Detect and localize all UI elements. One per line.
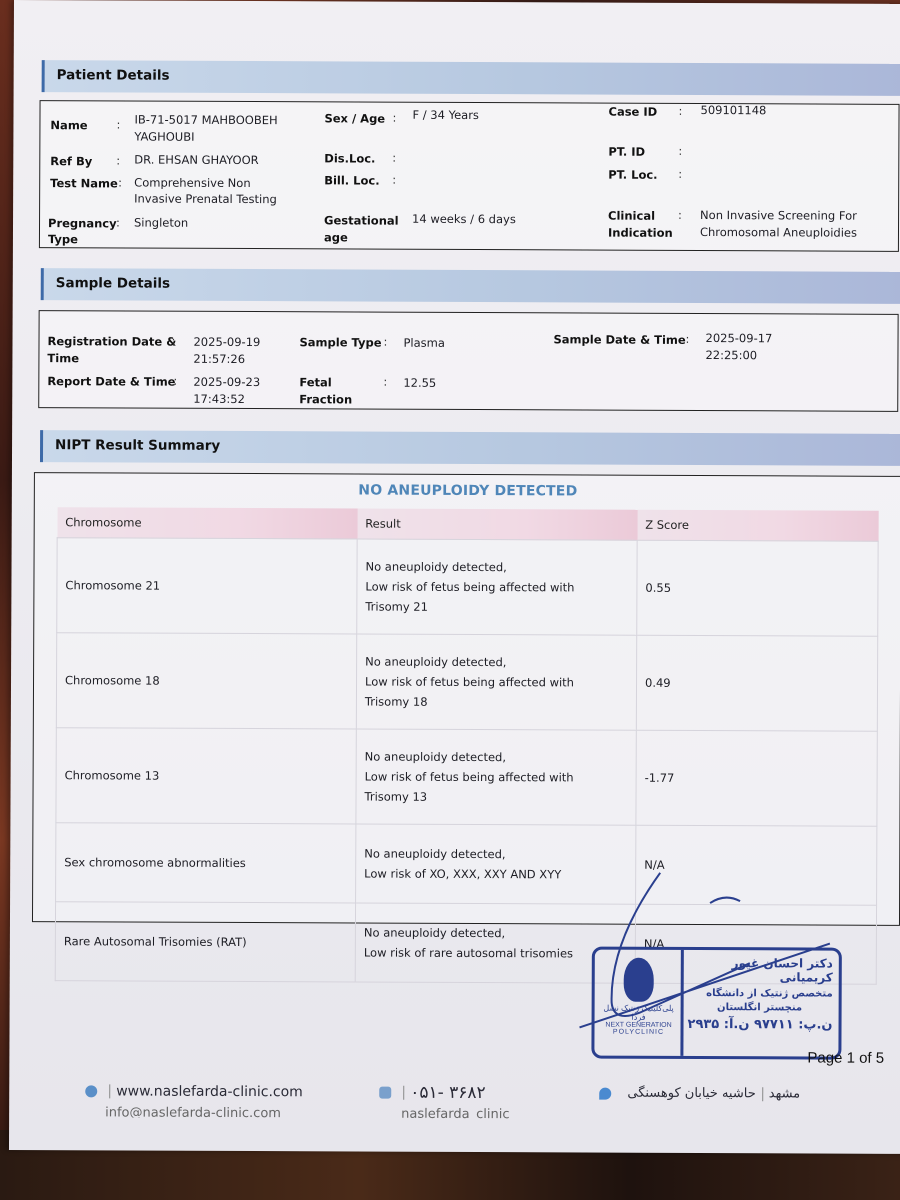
- fetal-fraction-value: 12.55: [403, 375, 436, 392]
- footer: www.naslefarda-clinic.com info@naslefard…: [69, 1075, 900, 1129]
- sample-date: 2025-09-17: [705, 330, 772, 347]
- ref-by-label: Ref By: [50, 153, 92, 170]
- column-header-chromosome: Chromosome: [57, 507, 357, 539]
- name-label: Name: [50, 117, 87, 134]
- name-value-cont: YAGHOUBI: [134, 129, 194, 146]
- nipt-summary-header: NIPT Result Summary: [40, 430, 900, 466]
- registration-date: 2025-09-19: [193, 334, 260, 351]
- clinic-logo: پلی‌کلینیک ژنتیک نسل فردا NEXT GENERATIO…: [600, 954, 676, 1050]
- case-id-label: Case ID: [608, 104, 657, 121]
- chromosome-cell: Chromosome 21: [57, 538, 357, 634]
- clinic-logo-icon: [624, 958, 654, 1002]
- gestational-age-label: Gestational: [324, 212, 399, 229]
- pt-id-label: PT. ID: [608, 144, 645, 161]
- section-title: Sample Details: [56, 275, 170, 291]
- footer-phone: ۰۵۱- ۳۶۸۲: [379, 1083, 486, 1103]
- table-header-row: Chromosome Result Z Score: [57, 507, 878, 541]
- section-title: Patient Details: [57, 67, 170, 83]
- patient-details-box: Name : IB-71-5017 MAHBOOBEH YAGHOUBI Ref…: [39, 100, 900, 252]
- result-cell: No aneuploidy detected,Low risk of fetus…: [356, 634, 636, 730]
- sample-type-value: Plasma: [403, 335, 444, 352]
- registration-time: 21:57:26: [193, 351, 245, 368]
- pt-loc-label: PT. Loc.: [608, 167, 657, 184]
- dis-loc-label: Dis.Loc.: [324, 150, 375, 167]
- sample-type-label: Sample Type: [299, 334, 381, 351]
- chromosome-cell: Rare Autosomal Trisomies (RAT): [55, 902, 355, 982]
- chromosome-cell: Chromosome 18: [56, 633, 356, 729]
- chromosome-cell: Chromosome 13: [56, 728, 356, 824]
- page-indicator: Page 1 of 5: [807, 1049, 884, 1066]
- sample-time: 22:25:00: [705, 347, 757, 364]
- table-row: Chromosome 18No aneuploidy detected,Low …: [56, 633, 877, 732]
- nipt-summary-box: NO ANEUPLOIDY DETECTED Chromosome Result…: [32, 472, 900, 926]
- section-title: NIPT Result Summary: [55, 437, 220, 454]
- bill-loc-label: Bill. Loc.: [324, 172, 379, 189]
- sex-age-value: F / 34 Years: [412, 107, 479, 124]
- z-score-cell: -1.77: [636, 730, 877, 826]
- test-name-label: Test Name: [50, 175, 118, 192]
- location-pin-icon: [599, 1087, 611, 1099]
- fetal-fraction-label: Fetal: [299, 374, 331, 391]
- test-name-value-cont: Invasive Prenatal Testing: [134, 191, 277, 209]
- result-headline: NO ANEUPLOIDY DETECTED: [35, 481, 900, 501]
- report-page: Patient Details Name : IB-71-5017 MAHBOO…: [9, 0, 900, 1154]
- footer-website: www.naslefarda-clinic.com: [85, 1083, 303, 1100]
- z-score-cell: 0.55: [637, 540, 878, 636]
- sample-date-label: Sample Date & Time: [553, 331, 685, 349]
- phone-icon: [379, 1087, 391, 1099]
- report-date-label: Report Date & Time: [47, 373, 175, 391]
- report-time: 17:43:52: [193, 391, 245, 408]
- table-row: Chromosome 21No aneuploidy detected,Low …: [57, 538, 878, 637]
- stamp-text: دکتر احسان غیور کریمیانی متخصص ژنتیک از …: [687, 954, 833, 1033]
- footer-social: naslefarda_clinic: [401, 1107, 509, 1119]
- z-score-cell: 0.49: [636, 635, 877, 731]
- chromosome-cell: Sex chromosome abnormalities: [56, 823, 356, 903]
- sample-details-header: Sample Details: [41, 268, 900, 304]
- test-name-value: Comprehensive Non: [134, 175, 250, 193]
- report-date: 2025-09-23: [193, 374, 260, 391]
- gestational-age-value: 14 weeks / 6 days: [412, 211, 516, 228]
- table-row: Chromosome 13No aneuploidy detected,Low …: [56, 728, 877, 827]
- ref-by-value: DR. EHSAN GHAYOOR: [134, 152, 258, 170]
- patient-details-header: Patient Details: [42, 60, 900, 96]
- pregnancy-type-label: Pregnancy: [48, 215, 117, 232]
- pregnancy-type-value: Singleton: [134, 215, 188, 232]
- clinical-indication-label: Clinical: [608, 208, 655, 225]
- column-header-z-score: Z Score: [637, 510, 878, 542]
- globe-icon: [85, 1085, 97, 1097]
- result-cell: No aneuploidy detected,Low risk of fetus…: [357, 539, 637, 635]
- footer-email: info@naslefarda-clinic.com: [105, 1105, 281, 1118]
- column-header-result: Result: [357, 509, 637, 541]
- case-id-value: 509101148: [700, 102, 766, 119]
- sample-details-box: Registration Date & : Time 2025-09-19 21…: [38, 310, 898, 412]
- registration-label: Registration Date &: [47, 333, 176, 351]
- doctor-stamp: پلی‌کلینیک ژنتیک نسل فردا NEXT GENERATIO…: [591, 947, 841, 1060]
- clinical-indication-value: Non Invasive Screening For: [700, 207, 857, 225]
- footer-address: مشهدحاشیه خیابان کوهسنگی: [599, 1086, 800, 1102]
- result-cell: No aneuploidy detected,Low risk of fetus…: [356, 729, 636, 825]
- sex-age-label: Sex / Age: [324, 110, 385, 127]
- name-value: IB-71-5017 MAHBOOBEH: [134, 112, 277, 130]
